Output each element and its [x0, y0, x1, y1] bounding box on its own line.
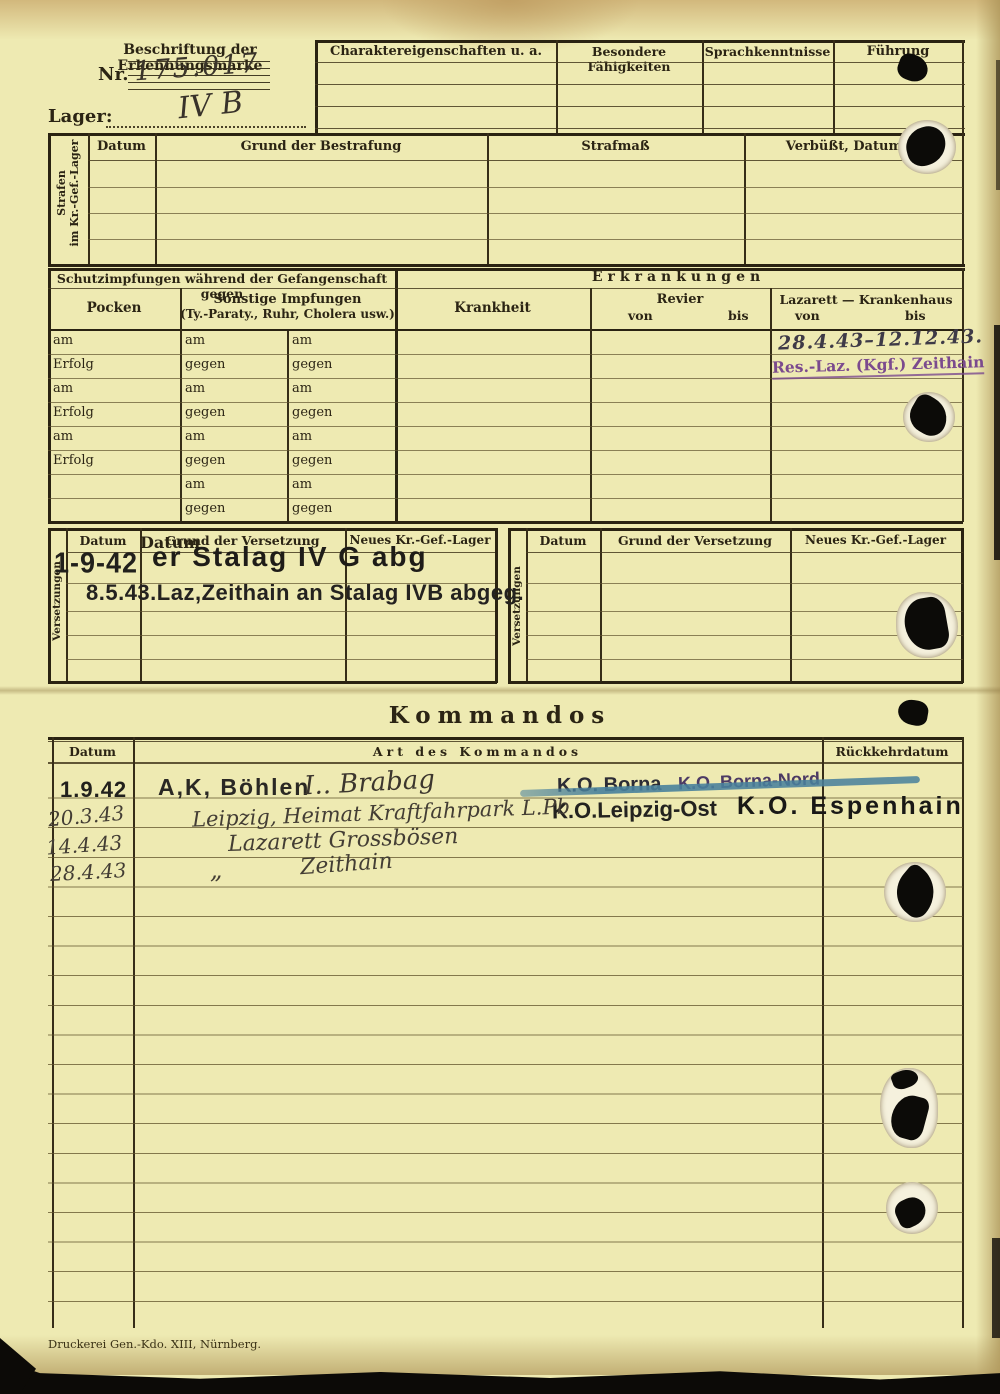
kommandos-title: Kommandos: [300, 702, 700, 729]
imp-row-line: [48, 450, 963, 451]
traits-row-line: [315, 62, 965, 63]
imp-row-line: [48, 498, 963, 499]
traits-row-line: [315, 128, 965, 129]
kommando-row1-boehlen-stamp: A,K, Böhlen: [158, 774, 310, 801]
imp-r0-pocken: am: [53, 333, 73, 348]
imp-r3-pocken: Erfolg: [53, 405, 94, 420]
vleft-row-line: [66, 659, 495, 660]
section3-right-border: [962, 268, 964, 522]
right-edge-mark-1: [994, 325, 1000, 560]
sonstige-header-line1: Sonstige Impfungen: [180, 292, 395, 307]
imp-r5-a: gegen: [185, 453, 225, 468]
imp-r4-b: am: [292, 429, 312, 444]
imp-r0-b: am: [292, 333, 312, 348]
imp-r0-a: am: [185, 333, 205, 348]
erkrankungen-title: Erkrankungen: [395, 269, 962, 285]
kommandos-ruled-lines: [48, 769, 963, 1325]
vright-header-line: [526, 552, 963, 553]
imp-r5-pocken: Erfolg: [53, 453, 94, 468]
strafen-right-border: [962, 133, 964, 264]
top-edge-stain: [0, 0, 1000, 40]
kommandos-datum-header: Datum: [52, 744, 133, 759]
kommandos-rueckkehr-header: Rückkehrdatum: [822, 744, 962, 759]
sonstige-header-line2: (Ty.-Paraty., Ruhr, Cholera usw.): [180, 307, 395, 321]
vleft-top-border: [48, 528, 497, 531]
kommando-row4-date: 28.4.43: [49, 858, 126, 886]
imp-row-line: [48, 354, 963, 355]
revier-divider: [770, 288, 772, 522]
vright-datum-header: Datum: [526, 533, 600, 548]
vright-row-line: [526, 659, 963, 660]
right-edge-mark-3: [996, 60, 1000, 190]
ko-leipzig-ost-stamp: K.O.Leipzig-Ost: [552, 796, 717, 825]
vright-bottom-border: [508, 681, 963, 684]
imp-row-line: [48, 402, 963, 403]
lager-value-handwritten: IV B: [176, 85, 244, 127]
imp-r5-b: gegen: [292, 453, 332, 468]
strafen-strafmass-header: Strafmaß: [487, 139, 744, 154]
strafen-side-line2: im Kr.-Gef.-Lager: [68, 140, 81, 247]
imp-r2-a: am: [185, 381, 205, 396]
vright-neues-header: Neues Kr.-Gef.-Lager: [790, 533, 961, 547]
imp-r6-b: am: [292, 477, 312, 492]
lager-label: Lager:: [48, 106, 113, 127]
vright-side-label: Versetzungen: [511, 556, 523, 656]
strafen-header-line: [88, 160, 963, 161]
imp-r1-b: gegen: [292, 357, 332, 372]
imp-r4-pocken: am: [53, 429, 73, 444]
vleft-datum-header2: Datum: [66, 533, 140, 548]
pocken-header: Pocken: [48, 300, 180, 316]
strafen-datum-header: Datum: [88, 139, 155, 154]
vleft-row-line: [66, 635, 495, 636]
traits-row-line: [315, 106, 965, 107]
pocken-divider: [180, 288, 182, 522]
fold-crease: [0, 686, 1000, 695]
right-edge-mark-2: [992, 1238, 1000, 1338]
imp-r1-pocken: Erfolg: [53, 357, 94, 372]
imp-r2-b: am: [292, 381, 312, 396]
kommandos-art-header: Art des Kommandos: [133, 744, 822, 759]
lazarett-bis-label: bis: [905, 308, 926, 323]
versetzung-stalag-ivg-stamp: er Stalag IV G abg: [152, 541, 428, 573]
strafen-side-label: Strafen im Kr.-Gef.-Lager: [55, 128, 81, 258]
strafen-grund-header: Grund der Bestrafung: [155, 139, 487, 154]
strafen-top-border: [48, 133, 965, 136]
strafen-row-line: [88, 187, 963, 188]
kommandos-top-border: [48, 737, 963, 740]
strafen-bottom-border: [48, 264, 965, 267]
revier-header: Revier: [590, 292, 770, 307]
revier-bis-label: bis: [728, 308, 749, 323]
bottom-black-edge: [0, 1356, 1000, 1394]
imp-row-line: [48, 426, 963, 427]
impfungen-title-line: [48, 288, 963, 289]
lazarett-von-label: von: [795, 308, 820, 323]
pow-record-card: Beschriftung der Erkennungsmarke Nr. 175…: [0, 0, 1000, 1394]
versetzung-zeithain-stamp: 8.5.43.Laz,Zeithain an Stalag IVB abgeg.: [86, 580, 524, 606]
lazarett-zeithain-stamp: Res.-Laz. (Kgf.) Zeithain: [772, 352, 985, 380]
traits-row-line: [315, 84, 965, 85]
kommando-row4-ditto-mark: „: [210, 856, 222, 884]
imp-r7-a: gegen: [185, 501, 225, 516]
vleft-bottom-border: [48, 681, 497, 684]
vright-grund-header: Grund der Versetzung: [600, 533, 790, 548]
kommando-row1-date-stamp: 1.9.42: [60, 777, 127, 803]
strafen-row-line: [88, 213, 963, 214]
imp-r4-a: am: [185, 429, 205, 444]
traits-col3-header: Sprachkenntnisse: [704, 44, 831, 59]
traits-col4-header: Führung: [835, 44, 961, 59]
imp-r1-a: gegen: [185, 357, 225, 372]
revier-von-label: von: [628, 308, 653, 323]
traits-right-border: [962, 40, 964, 133]
imp-r6-a: am: [185, 477, 205, 492]
krankheit-divider: [590, 288, 592, 522]
imp-row-line: [48, 474, 963, 475]
imp-r3-b: gegen: [292, 405, 332, 420]
traits-col1-header: Charaktereigenschaften u. a.: [318, 44, 554, 59]
imp-r3-a: gegen: [185, 405, 225, 420]
vleft-row-line: [66, 611, 495, 612]
traits-col2-header: Besondere Fähigkeiten: [557, 44, 701, 74]
kommandos-header-bottom: [48, 762, 963, 764]
imp-r2-pocken: am: [53, 381, 73, 396]
traits-top-border: [315, 40, 965, 43]
krankheit-header: Krankheit: [395, 300, 590, 316]
vright-top-border: [508, 528, 963, 531]
right-edge-band: [976, 0, 1000, 1394]
strafen-side-line1: Strafen: [55, 170, 68, 216]
nr-label: Nr.: [98, 64, 129, 85]
strafen-left-border: [48, 133, 51, 267]
ko-espenhain-stamp: K.O. Espenhain: [737, 792, 964, 821]
kommandos-top-border2: [48, 741, 963, 742]
imp-r7-b: gegen: [292, 501, 332, 516]
section3-bottom-border: [48, 521, 963, 524]
versetzung-date-stamp: 1-9-42: [54, 547, 138, 580]
strafen-row-line: [88, 239, 963, 240]
printer-imprint: Druckerei Gen.-Kdo. XIII, Nürnberg.: [48, 1337, 261, 1351]
vright-row-line: [526, 583, 963, 584]
lazarett-header: Lazarett — Krankenhaus: [770, 292, 962, 307]
